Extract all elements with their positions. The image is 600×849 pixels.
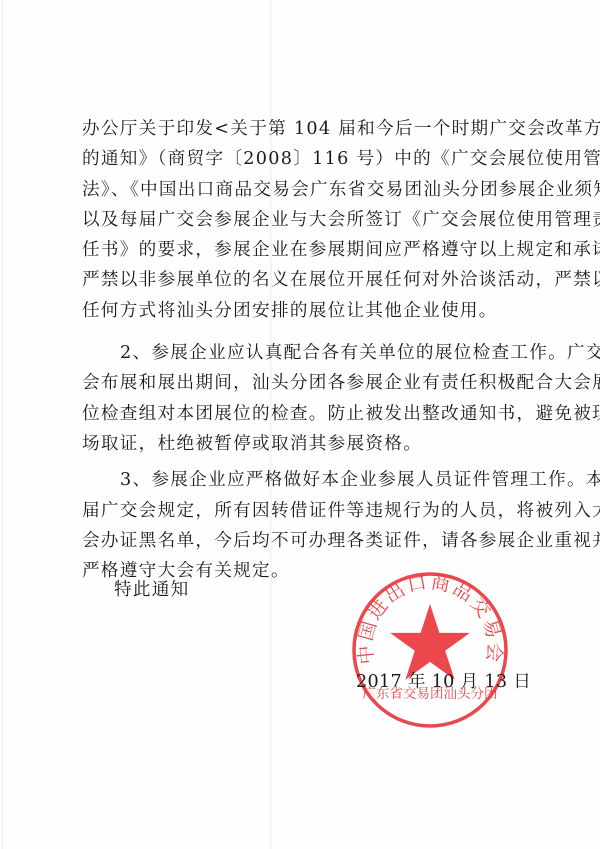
page-edge <box>2 0 3 849</box>
text-line: 以及每届广交会参展企业与大会所签订《广交会展位使用管理责 <box>82 205 527 235</box>
paragraph-3: 3、参展企业应严格做好本企业参展人员证件管理工作。本 届广交会规定，所有因转借证… <box>82 465 527 586</box>
text-line: 严禁以非参展单位的名义在展位开展任何对外洽谈活动，严禁以 <box>82 265 527 295</box>
text-line: 会办证黑名单，今后均不可办理各类证件，请各参展企业重视并 <box>82 526 527 556</box>
text-line: 任何方式将汕头分团安排的展位让其他企业使用。 <box>82 296 527 326</box>
text-line: 法》、《中国出口商品交易会广东省交易团汕头分团参展企业须知》 <box>82 175 527 205</box>
text-line: 场取证，杜绝被暂停或取消其参展资格。 <box>82 429 527 459</box>
text-line: 3、参展企业应严格做好本企业参展人员证件管理工作。本 <box>82 465 527 495</box>
official-seal: 中国进出口商品交易会 广东省交易团汕头分团 <box>350 570 510 730</box>
text-line: 任书》的要求，参展企业在参展期间应严格遵守以上规定和承诺， <box>82 235 527 265</box>
paragraph-2: 2、参展企业应认真配合各有关单位的展位检查工作。广交 会布展和展出期间，汕头分团… <box>82 338 527 459</box>
text-line: 会布展和展出期间，汕头分团各参展企业有责任积极配合大会展 <box>82 368 527 398</box>
text-line: 办公厅关于印发<关于第 104 届和今后一个时期广交会改革方案> <box>82 114 527 144</box>
paragraph-1-continuation: 办公厅关于印发<关于第 104 届和今后一个时期广交会改革方案> 的通知》（商贸… <box>82 114 527 326</box>
document-date: 2017 年 10 月 13 日 <box>356 668 531 693</box>
seal-icon: 中国进出口商品交易会 广东省交易团汕头分团 <box>350 570 510 730</box>
text-line: 位检查组对本团展位的检查。防止被发出整改通知书，避免被现 <box>82 399 527 429</box>
text-line: 的通知》（商贸字〔2008〕116 号）中的《广交会展位使用管理办 <box>82 144 527 174</box>
document-body: 办公厅关于印发<关于第 104 届和今后一个时期广交会改革方案> 的通知》（商贸… <box>82 114 527 586</box>
closing-remark: 特此通知 <box>114 576 190 601</box>
text-line: 2、参展企业应认真配合各有关单位的展位检查工作。广交 <box>82 338 527 368</box>
text-line: 届广交会规定，所有因转借证件等违规行为的人员，将被列入大 <box>82 496 527 526</box>
